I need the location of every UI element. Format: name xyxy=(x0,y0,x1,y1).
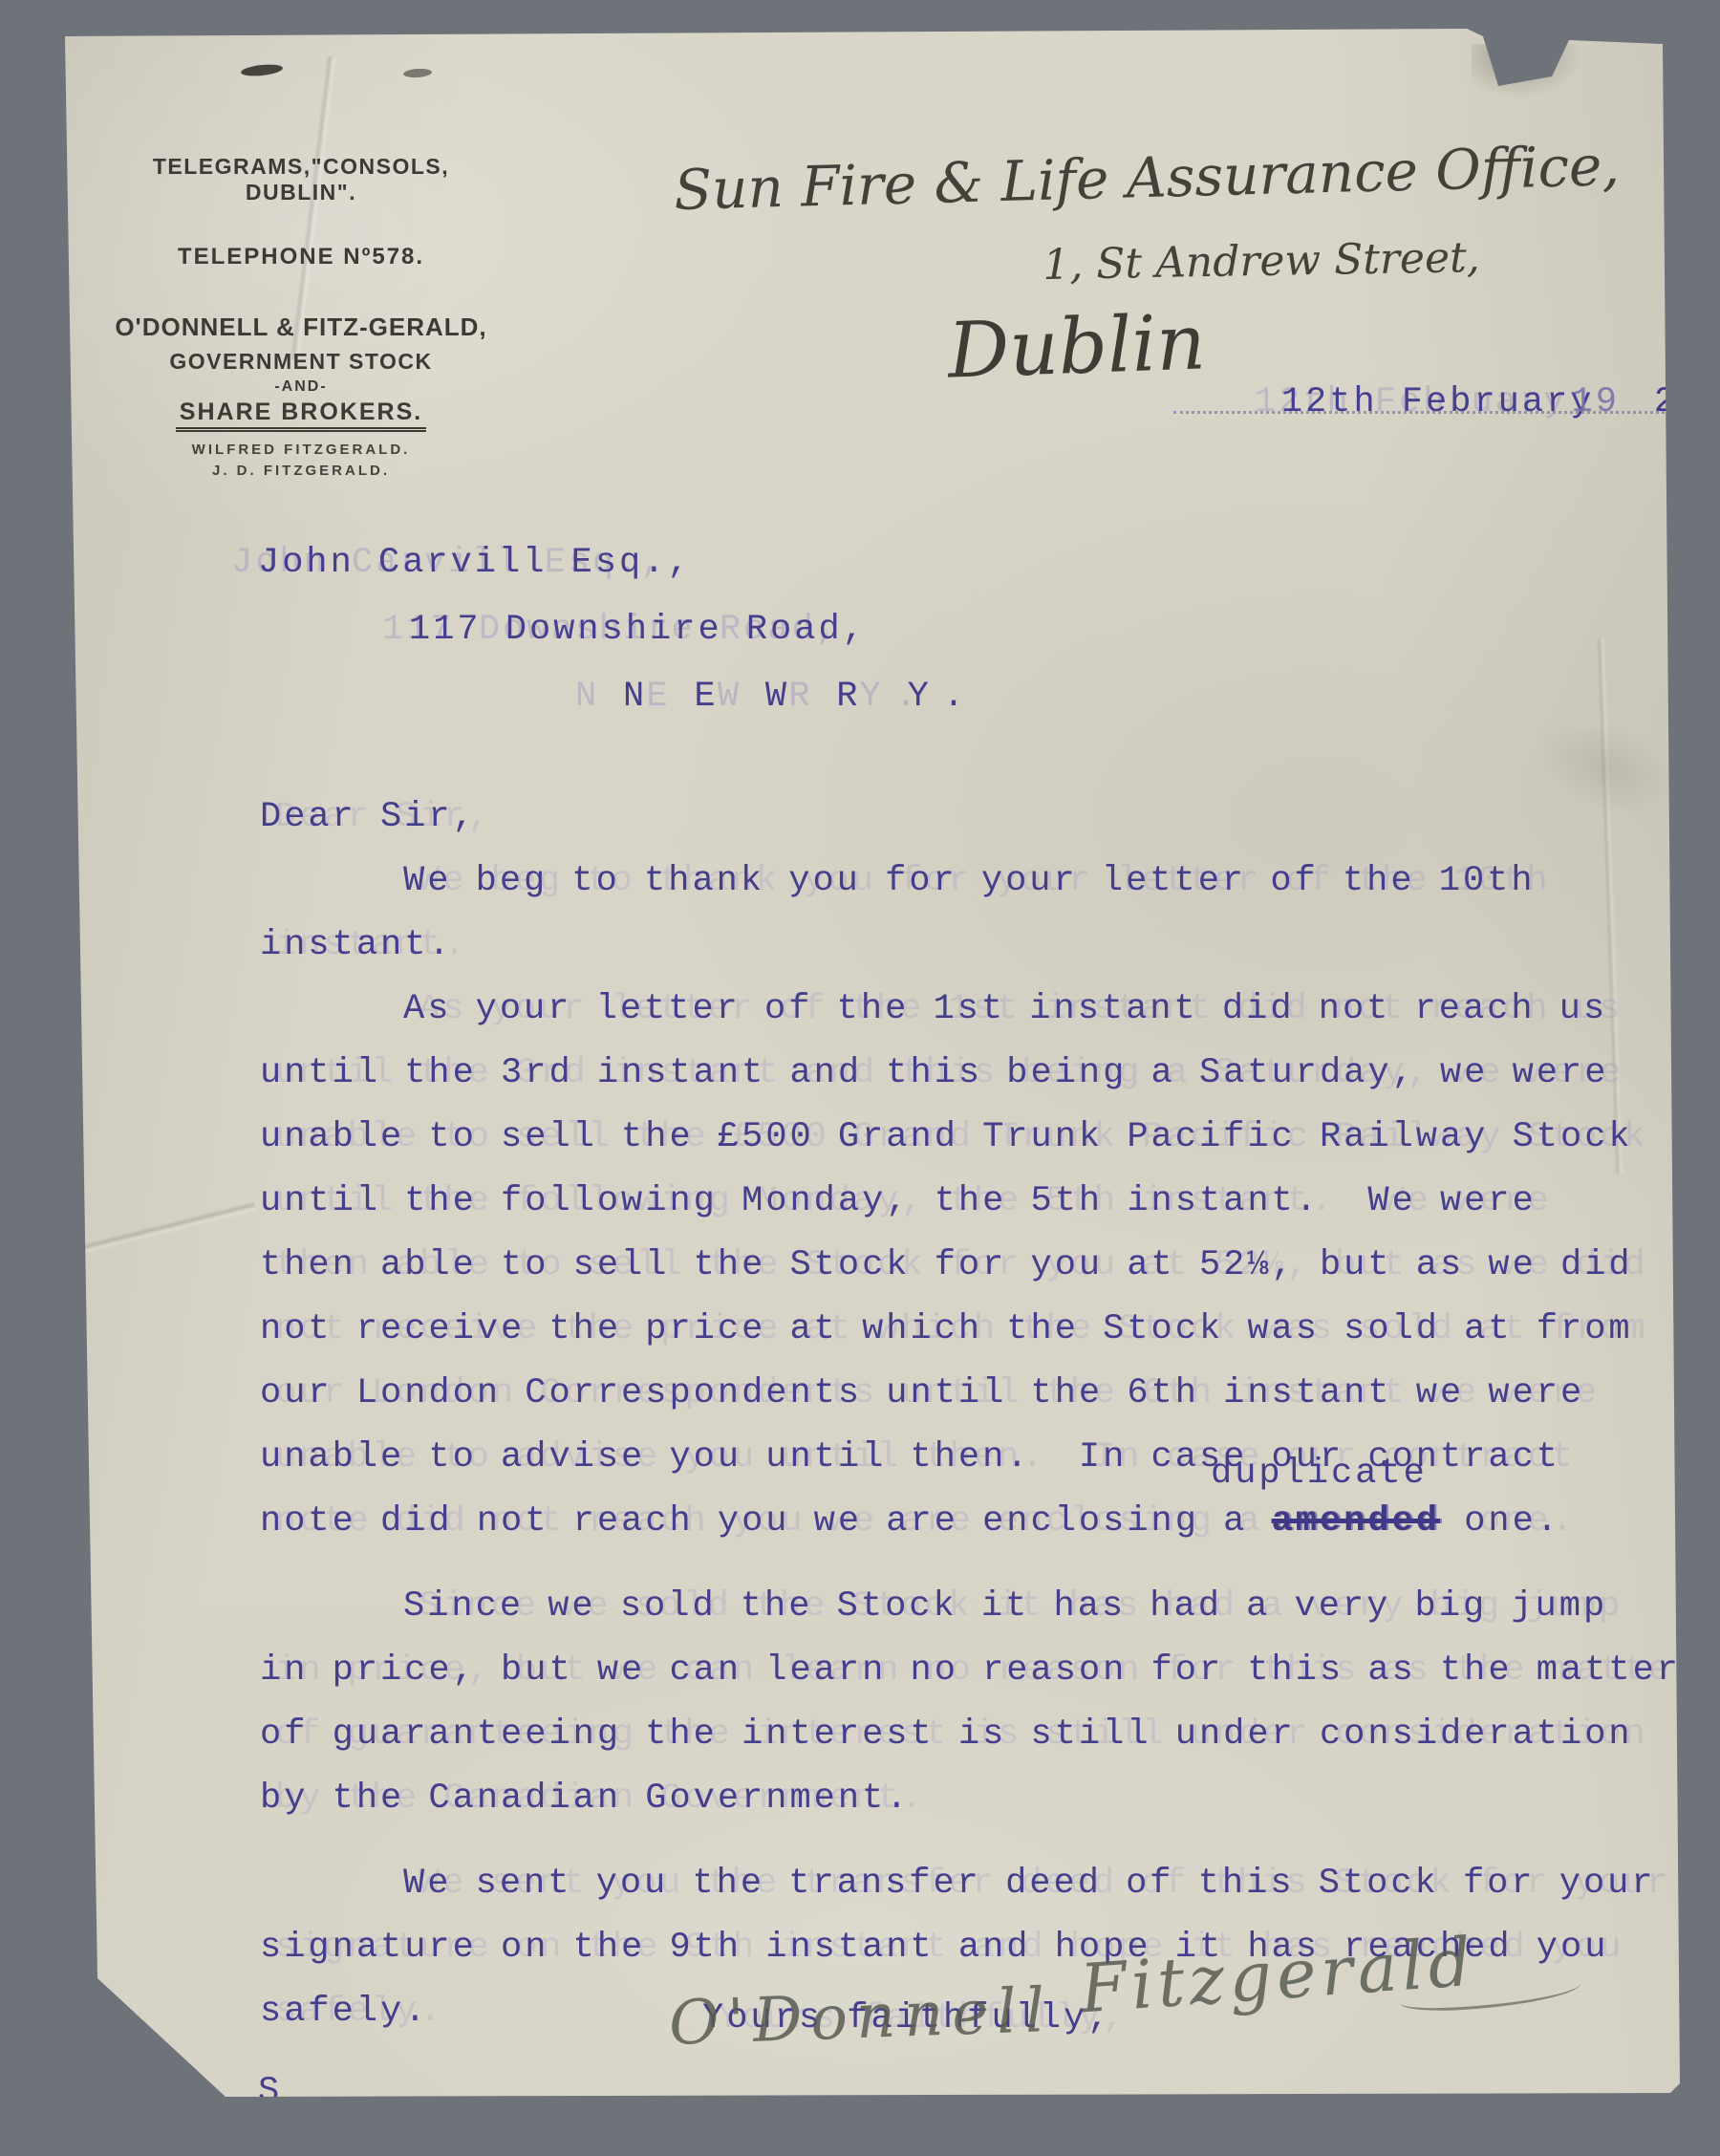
partner-name-1: WILFRED FITZGERALD. xyxy=(105,442,497,458)
typed-line: until the 3rd instant and this being a S… xyxy=(260,1042,1645,1106)
torn-corner-shadow xyxy=(1472,44,1586,101)
letter-paper: TELEGRAMS,"CONSOLS, DUBLIN". TELEPHONE N… xyxy=(38,27,1684,2102)
recipient-line-3: N E W R Y. xyxy=(623,677,978,717)
typed-line: by the Canadian Government. xyxy=(260,1767,1645,1831)
typed-line: unable to advise you until then. In case… xyxy=(260,1426,1645,1490)
recipient-line-2: 117 Downshire Road, xyxy=(409,610,867,650)
office-name-script: Sun Fire & Life Assurance Office, xyxy=(630,132,1663,224)
office-street-script: 1, St Andrew Street, xyxy=(994,232,1530,291)
typed-line: then able to sell the Stock for you at 5… xyxy=(260,1234,1645,1298)
scan-background: { "scan": { "background_color": "#6e737a… xyxy=(0,0,1720,2156)
letterhead-block: TELEGRAMS,"CONSOLS, DUBLIN". TELEPHONE N… xyxy=(105,154,497,479)
typed-line: Dear Sir, xyxy=(260,786,1645,850)
typed-line: We beg to thank you for your letter of t… xyxy=(260,850,1645,914)
typed-line: We sent you the transfer deed of this St… xyxy=(260,1852,1645,1916)
typed-line: unable to sell the £500 Grand Trunk Paci… xyxy=(260,1106,1645,1170)
typed-line: note did not reach you we are enclosing … xyxy=(260,1490,1645,1554)
typed-line: Since we sold the Stock it has had a ver… xyxy=(260,1575,1645,1639)
firm-name: O'DONNELL & FITZ-GERALD, xyxy=(105,313,497,342)
partial-next-line-char: S xyxy=(258,2072,282,2112)
date-line: 12th February1923 xyxy=(1185,342,1702,463)
typed-line: not receive the price at which the Stock… xyxy=(260,1298,1645,1362)
date-day-month: 12th February xyxy=(1281,382,1595,422)
body-lines: Dear Sir,We beg to thank you for your le… xyxy=(260,786,1645,2044)
paper-crease xyxy=(50,1201,256,1263)
firm-role-line-3: SHARE BROKERS. xyxy=(105,399,497,426)
typed-line: of guaranteeing the interest is still un… xyxy=(260,1703,1645,1767)
partner-name-2: J. D. FITZGERALD. xyxy=(105,463,497,479)
typed-line: in price, but we can learn no reason for… xyxy=(260,1639,1645,1703)
typed-line: As your letter of the 1st instant did no… xyxy=(260,978,1645,1042)
nick-mark xyxy=(403,68,433,78)
typed-line-segment: note did not reach you we are enclosing … xyxy=(260,1501,1272,1542)
firm-role-line-2: -AND- xyxy=(105,378,497,396)
date-printed-year: 19 xyxy=(1571,382,1619,422)
typed-line-segment: one. xyxy=(1440,1501,1560,1542)
inserted-word: duplicate xyxy=(1211,1455,1428,1493)
strikethrough-word: amended xyxy=(1272,1501,1440,1542)
office-city-script: Dublin xyxy=(946,297,1207,395)
recipient-line-1: John Carvill Esq., xyxy=(258,543,692,583)
telephone-line: TELEPHONE Nº578. xyxy=(105,244,497,270)
firm-role-line-1: GOVERNMENT STOCK xyxy=(105,349,497,375)
date-typed-year: 23 xyxy=(1654,382,1702,422)
date-dotted-rule xyxy=(1173,407,1670,414)
typed-line: our London Correspondents until the 6th … xyxy=(260,1362,1645,1426)
nick-mark xyxy=(241,63,284,78)
signature-odonnell: O'Donnell xyxy=(668,1975,1054,2059)
typed-line: until the following Monday, the 5th inst… xyxy=(260,1170,1645,1234)
typed-line: instant. xyxy=(260,914,1645,978)
telegrams-line: TELEGRAMS,"CONSOLS, DUBLIN". xyxy=(105,154,497,205)
